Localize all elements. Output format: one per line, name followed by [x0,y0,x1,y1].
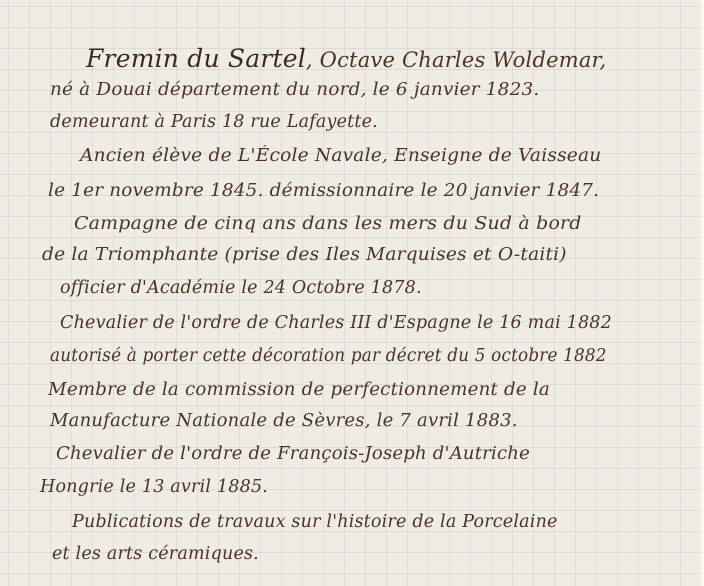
page-edge [698,0,704,586]
handwritten-document-page: Fremin du Sartel, Octave Charles Woldema… [0,0,704,586]
text-line-publications: Publications de travaux sur l'histoire d… [72,512,558,532]
text-line-naval-school: Ancien élève de L'École Navale, Enseigne… [80,146,601,166]
text-line-commission: Membre de la commission de perfectionnem… [48,380,550,400]
subject-surname: Fremin du Sartel [86,44,306,73]
text-line-authorization: autorisé à porter cette décoration par d… [50,346,607,366]
text-line-residence: demeurant à Paris 18 rue Lafayette. [50,112,378,132]
document-header-line: Fremin du Sartel, Octave Charles Woldema… [86,44,606,73]
text-line-hongrie: Hongrie le 13 avril 1885. [40,477,268,497]
text-line-francois-joseph: Chevalier de l'ordre de François-Joseph … [56,444,530,464]
text-line-charles-iii: Chevalier de l'ordre de Charles III d'Es… [60,313,612,333]
text-line-naval-dates: le 1er novembre 1845. démissionnaire le … [48,181,599,201]
text-line-sevres: Manufacture Nationale de Sèvres, le 7 av… [50,411,518,431]
text-line-campaign: Campagne de cinq ans dans les mers du Su… [74,214,582,234]
text-line-birth: né à Douai département du nord, le 6 jan… [50,80,539,100]
subject-given-names: , Octave Charles Woldemar, [306,48,606,72]
text-line-academie: officier d'Académie le 24 Octobre 1878. [60,278,422,298]
text-line-ship: de la Triomphante (prise des Iles Marqui… [42,245,567,265]
text-line-ceramics: et les arts céramiques. [52,544,259,564]
